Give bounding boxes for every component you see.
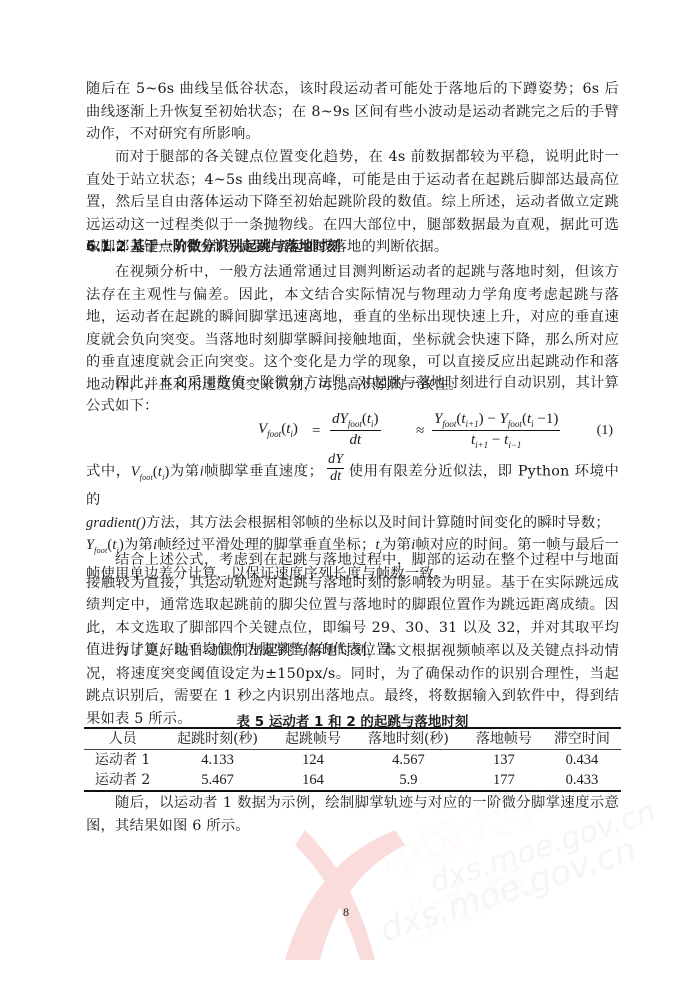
- paragraph-4-text-a: 因此，本文采用数值一阶微分方法: [115, 375, 332, 391]
- table-row: 运动者 1 4.133 124 4.567 137 0.434: [84, 750, 621, 771]
- cell-landing-time: 5.9: [352, 770, 465, 791]
- finite-difference-fraction: Yfoot(ti+1) − Yfoot(ti −1) ti+1 − ti−1: [432, 411, 560, 450]
- results-table: 人员 起跳时刻(秒) 起跳帧号 落地时刻(秒) 落地帧号 滞空时间 运动者 1 …: [84, 727, 621, 792]
- derivative-fraction: dYfoot(ti) dt: [330, 411, 381, 449]
- cell-airtime: 0.433: [543, 770, 621, 791]
- cell-person: 运动者 2: [84, 770, 161, 791]
- equation-1: Vfoot(ti) = dYfoot(ti) dt ≈ Yfoot(ti+1) …: [86, 415, 619, 455]
- table-row: 运动者 2 5.467 164 5.9 177 0.433: [84, 770, 621, 791]
- equation-number: (1): [597, 423, 613, 439]
- approx-sign: ≈: [416, 423, 424, 440]
- cell-landing-frame: 137: [465, 750, 543, 771]
- cell-takeoff-frame: 124: [274, 750, 352, 771]
- table-header-row: 人员 起跳时刻(秒) 起跳帧号 落地时刻(秒) 落地帧号 滞空时间: [84, 728, 621, 750]
- paragraph-1: 随后在 5~6s 曲线呈低谷状态，该时段运动者可能处于落地后的下蹲姿势；6s 后…: [86, 78, 619, 146]
- cell-takeoff-frame: 164: [274, 770, 352, 791]
- equation-lhs: Vfoot(ti): [258, 421, 298, 439]
- watermark-url-text-2: dxs.moe.gov.cn: [375, 830, 641, 950]
- header-airtime: 滞空时间: [543, 728, 621, 750]
- header-landing-time: 落地时刻(秒): [352, 728, 465, 750]
- cell-takeoff-time: 4.133: [161, 750, 274, 771]
- header-person: 人员: [84, 728, 161, 750]
- equals-sign: =: [312, 423, 320, 440]
- paragraph-8: 随后，以运动者 1 数据为示例，绘制脚掌轨迹与对应的一阶微分脚掌速度示意图，其结…: [86, 792, 619, 837]
- symbol-dy-dt: dYdt: [327, 452, 344, 485]
- document-page: 随后在 5~6s 曲线呈低谷状态，该时段运动者可能处于落地后的下蹲姿势；6s 后…: [0, 0, 700, 989]
- header-takeoff-time: 起跳时刻(秒): [161, 728, 274, 750]
- cell-person: 运动者 1: [84, 750, 161, 771]
- cell-airtime: 0.434: [543, 750, 621, 771]
- header-takeoff-frame: 起跳帧号: [274, 728, 352, 750]
- section-heading: 6.1.2 基于一阶微分识别起跳与落地时刻: [86, 236, 341, 256]
- cell-takeoff-time: 5.467: [161, 770, 274, 791]
- header-landing-frame: 落地帧号: [465, 728, 543, 750]
- citation-reference[interactable]: [6]: [332, 373, 343, 383]
- cell-landing-frame: 177: [465, 770, 543, 791]
- cell-landing-time: 4.567: [352, 750, 465, 771]
- symbol-v-foot: Vfoot(ti): [131, 464, 170, 480]
- page-number: 8: [343, 905, 349, 920]
- gradient-function: gradient(): [86, 515, 146, 531]
